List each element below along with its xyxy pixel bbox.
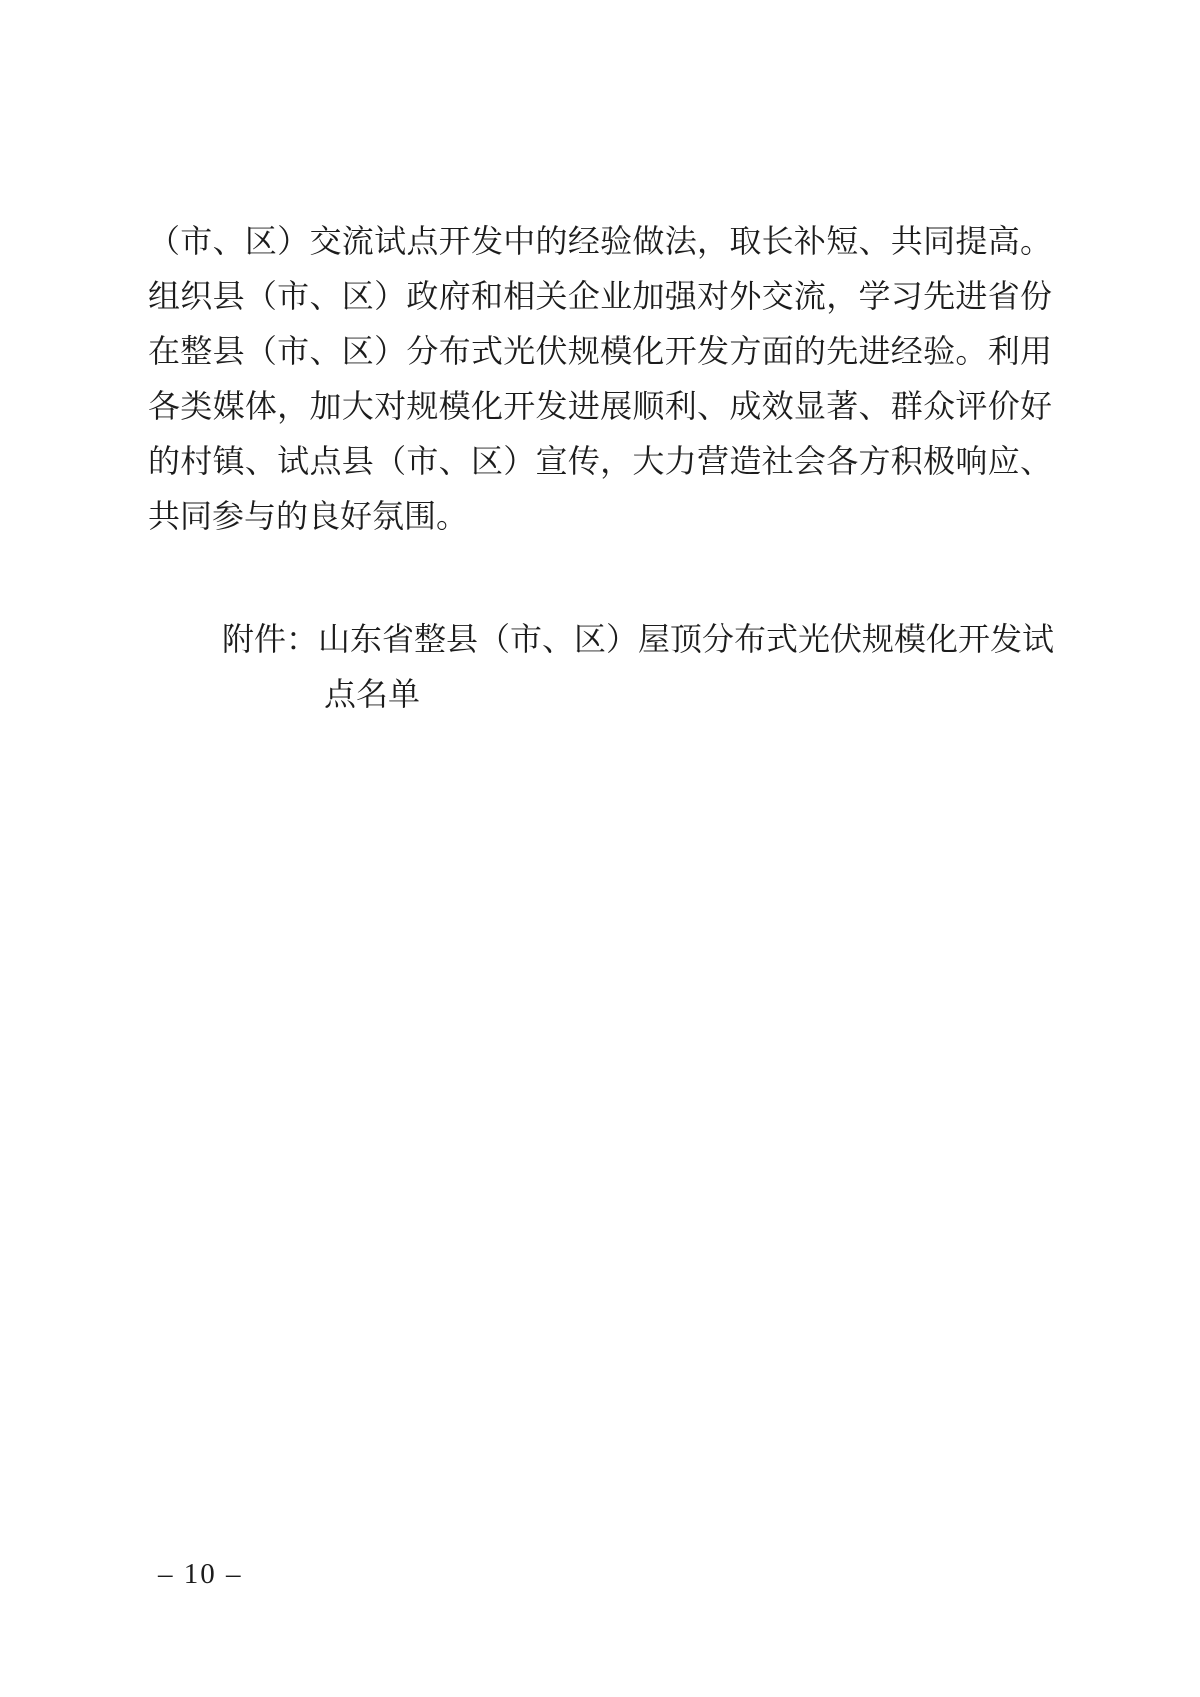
attachment-line: 点名单 (148, 667, 1052, 722)
body-paragraph-line: 各类媒体，加大对规模化开发进展顺利、成效显著、群众评价好 (148, 379, 1052, 434)
body-paragraph-line: （市、区）交流试点开发中的经验做法，取长补短、共同提高。 (148, 214, 1052, 269)
body-paragraph-line: 共同参与的良好氛围。 (148, 489, 1052, 544)
attachment-reference: 附件：山东省整县（市、区）屋顶分布式光伏规模化开发试 点名单 (148, 612, 1052, 722)
body-paragraph-line: 在整县（市、区）分布式光伏规模化开发方面的先进经验。利用 (148, 324, 1052, 379)
page-number: – 10 – (158, 1554, 243, 1594)
body-paragraph-line: 的村镇、试点县（市、区）宣传，大力营造社会各方积极响应、 (148, 434, 1052, 489)
attachment-line: 附件：山东省整县（市、区）屋顶分布式光伏规模化开发试 (148, 612, 1052, 667)
document-body: （市、区）交流试点开发中的经验做法，取长补短、共同提高。 组织县（市、区）政府和… (148, 214, 1052, 722)
document-page: （市、区）交流试点开发中的经验做法，取长补短、共同提高。 组织县（市、区）政府和… (0, 0, 1200, 1697)
body-paragraph-line: 组织县（市、区）政府和相关企业加强对外交流，学习先进省份 (148, 269, 1052, 324)
